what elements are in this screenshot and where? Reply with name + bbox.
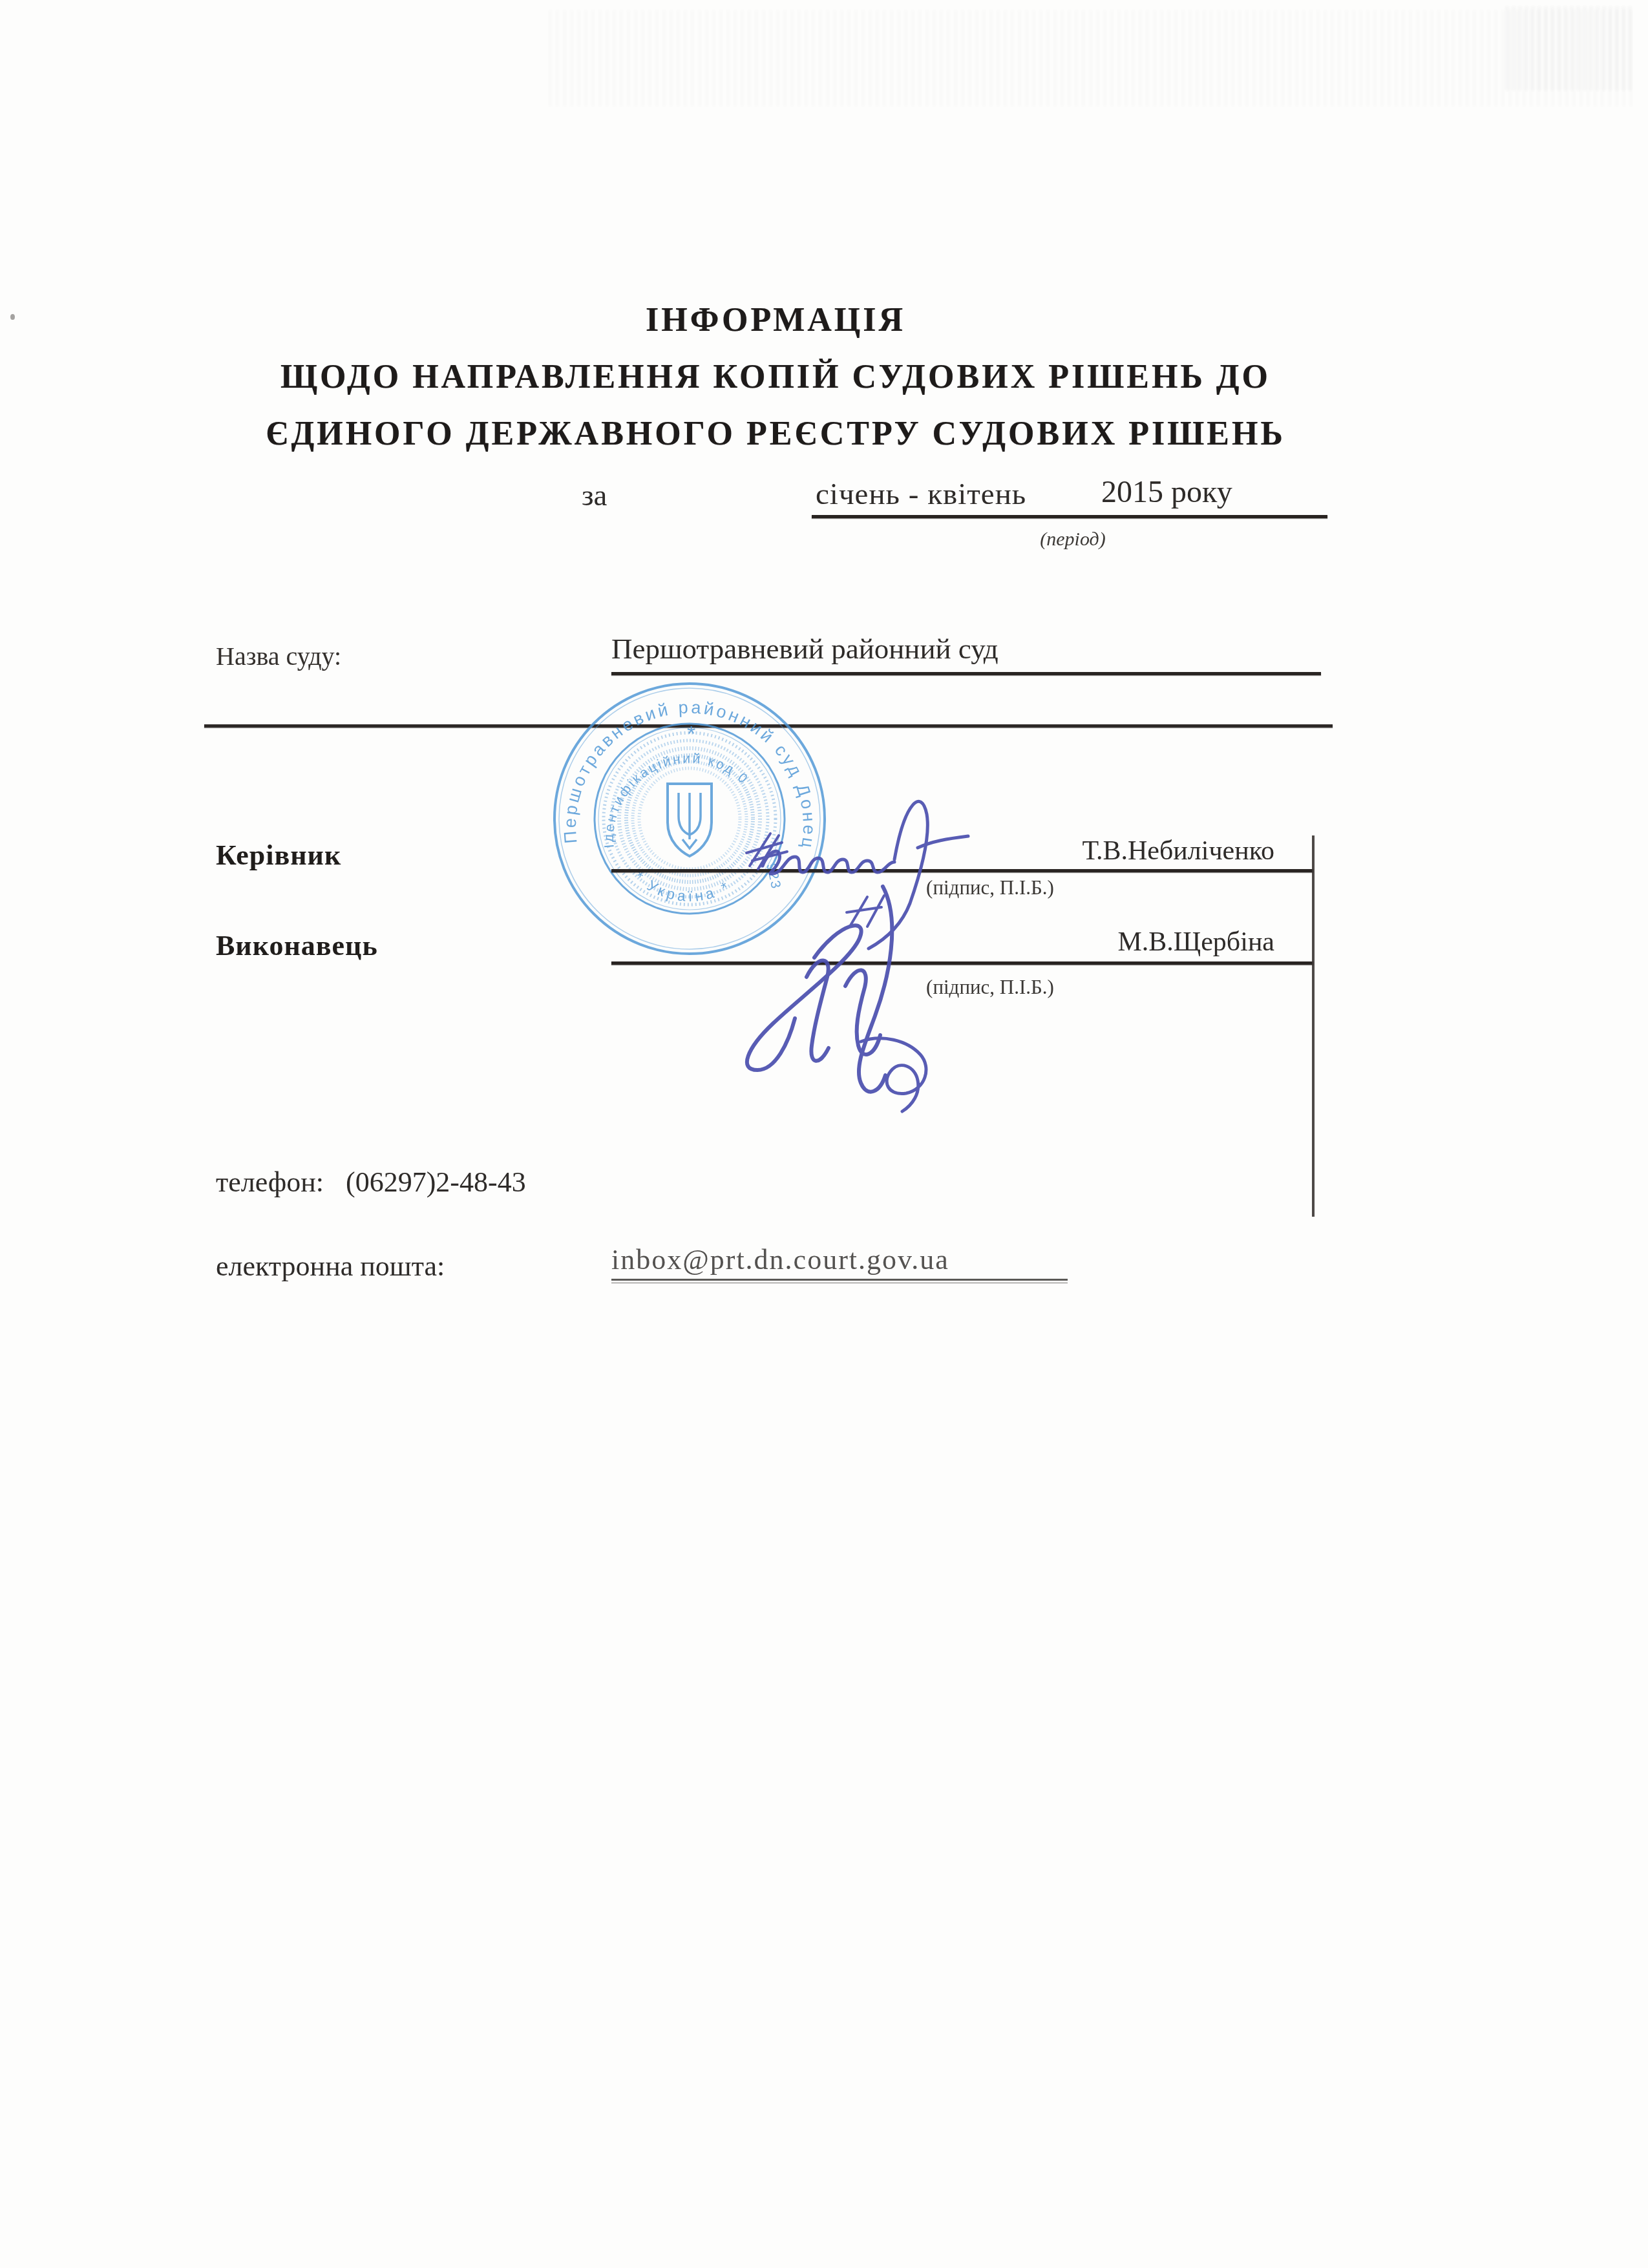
signatures-ink <box>685 762 1137 1163</box>
head-role-label: Керівник <box>216 839 341 872</box>
phone-row: телефон:(06297)2-48-43 <box>216 1166 526 1199</box>
period-caption: (період) <box>969 529 1176 551</box>
period-value: січень - квітень <box>816 477 1026 512</box>
scan-artifact-corner <box>1506 6 1635 90</box>
email-label: електронна пошта: <box>216 1250 445 1283</box>
title-line-2: ЩОДО НАПРАВЛЕННЯ КОПІЙ СУДОВИХ РІШЕНЬ ДО <box>129 349 1422 406</box>
phone-value: (06297)2-48-43 <box>346 1166 526 1198</box>
period-year: 2015 року <box>1101 474 1232 510</box>
email-value: inbox@prt.dn.court.gov.ua <box>611 1243 1068 1281</box>
scan-artifact-top <box>549 10 1635 107</box>
title-line-3: ЄДИНОГО ДЕРЖАВНОГО РЕЄСТРУ СУДОВИХ РІШЕН… <box>129 406 1422 463</box>
document-title: ІНФОРМАЦІЯ ЩОДО НАПРАВЛЕННЯ КОПІЙ СУДОВИ… <box>129 292 1422 463</box>
table-right-border <box>1312 835 1315 1217</box>
executor-role-label: Виконавець <box>216 929 378 962</box>
period-prefix: за <box>582 478 607 513</box>
court-name-label: Назва суду: <box>216 641 341 671</box>
scan-artifact-dot <box>10 314 15 320</box>
scanned-page: ІНФОРМАЦІЯ ЩОДО НАПРАВЛЕННЯ КОПІЙ СУДОВИ… <box>0 0 1648 2268</box>
court-name-value: Першотравневий районний суд <box>611 632 998 666</box>
stamp-star: * <box>687 722 695 746</box>
title-line-1: ІНФОРМАЦІЯ <box>129 292 1422 349</box>
period-underline <box>812 515 1327 518</box>
phone-label: телефон: <box>216 1166 324 1198</box>
